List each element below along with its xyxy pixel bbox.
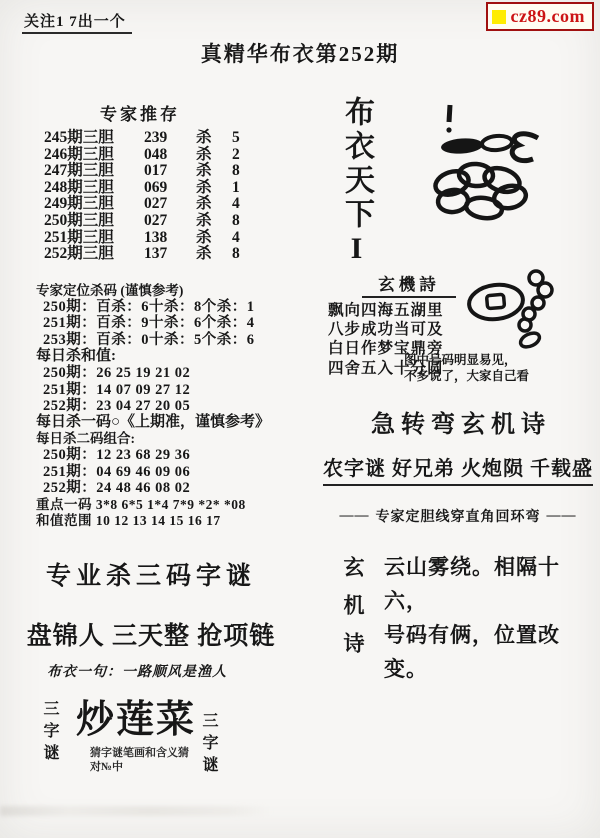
kill-one-note: 每日杀一码○《上期准，谨慎参考》: [36, 414, 326, 431]
three-word-label-right: 三字谜: [197, 712, 220, 778]
expert-recommend-section: 专家推存 245期三胆 239 杀 5 246期三胆 048 杀 2 247期三…: [38, 100, 300, 263]
key-code-line: 重点一码 3*8 6*5 1*4 7*9 *2* *08: [36, 497, 326, 513]
top-attention-note: 关注1 7出一个: [22, 10, 132, 34]
expert-dash-note: —— 专家定胆线穿直角回环弯 ——: [320, 506, 596, 526]
expert-recommend-title: 专家推存: [100, 100, 300, 125]
row-kill: 杀: [196, 213, 232, 230]
three-word-riddle-text: 炒莲菜: [76, 688, 196, 743]
row-kill: 杀: [196, 246, 232, 263]
table-row: 245期三胆 239 杀 5: [38, 130, 300, 147]
row-code: 069: [144, 180, 196, 197]
table-row: 251期三胆 138 杀 4: [38, 230, 300, 247]
row-code: 138: [144, 230, 196, 247]
row-period: 247期三胆: [44, 163, 144, 180]
row-kill: 杀: [196, 147, 232, 164]
row-code: 027: [144, 196, 196, 213]
xuanji2-vertical-label: 玄机诗: [338, 556, 368, 670]
table-row: 247期三胆 017 杀 8: [38, 163, 300, 180]
xuanji2-line2: 号码有俩，位置改变。: [384, 618, 600, 686]
sum-range-line: 和值范围 10 12 13 14 15 16 17: [36, 513, 326, 529]
row-period: 245期三胆: [44, 130, 144, 147]
kill-three-riddle-title: 专业杀三码字谜: [0, 556, 302, 592]
row-kill-num: 4: [232, 230, 240, 247]
kill-three-riddle-answer: 盘锦人 三天整 抢项链: [0, 616, 302, 652]
kill-position-title: 专家定位杀码 (谨慎参考): [36, 283, 326, 299]
row-kill-num: 4: [232, 196, 240, 213]
kill-two-line: 251期：04 69 46 09 06: [36, 464, 326, 480]
dash-left: ——: [340, 508, 370, 524]
row-kill: 杀: [196, 230, 232, 247]
kill-position-line: 253期：百杀：0十杀：5个杀：6: [36, 332, 326, 348]
kill-two-line: 250期：12 23 68 29 36: [36, 447, 326, 463]
table-row: 250期三胆 027 杀 8: [38, 213, 300, 230]
site-watermark-label: cz89.com: [511, 6, 585, 27]
table-row: 252期三胆 137 杀 8: [38, 246, 300, 263]
row-period: 251期三胆: [44, 230, 144, 247]
xuanji2-line1: 云山雾绕。相隔十六，: [384, 550, 600, 618]
row-kill-num: 5: [232, 130, 240, 147]
sharp-turn-riddle-text: 农字谜 好兄弟 火炮陨 千载盛: [323, 452, 593, 486]
row-kill: 杀: [196, 163, 232, 180]
row-kill: 杀: [196, 130, 232, 147]
row-kill-num: 2: [232, 147, 240, 164]
sharp-turn-riddle: 农字谜 好兄弟 火炮陨 千载盛: [320, 452, 596, 486]
xuanji2-poem: 云山雾绕。相隔十六， 号码有俩，位置改变。: [384, 550, 600, 686]
site-watermark-link[interactable]: cz89.com: [486, 2, 594, 31]
row-code: 137: [144, 246, 196, 263]
table-row: 246期三胆 048 杀 2: [38, 147, 300, 164]
buyi-tianxia-vertical-title: 布衣天下I: [334, 96, 378, 269]
kill-position-line: 250期：百杀：6十杀：8个杀：1: [36, 299, 326, 315]
lottery-sheet-page: 关注1 7出一个 cz89.com 真精华布衣第252期 专家推存 245期三胆…: [0, 0, 600, 838]
kill-codes-section: 专家定位杀码 (谨慎参考) 250期：百杀：6十杀：8个杀：1 251期：百杀：…: [36, 283, 326, 529]
xuanji-poem-title: 玄機詩: [362, 271, 456, 298]
row-kill-num: 8: [232, 163, 240, 180]
row-code: 027: [144, 213, 196, 230]
kill-two-title: 每日杀二码组合:: [36, 431, 326, 447]
kill-two-line: 252期：24 48 46 08 02: [36, 480, 326, 496]
row-kill: 杀: [196, 180, 232, 197]
coin-sketch-drawing: [462, 266, 566, 352]
circle-sketch-drawing: [400, 92, 560, 232]
scan-smudge: [0, 806, 272, 816]
row-period: 250期三胆: [44, 213, 144, 230]
kill-sum-line: 251期：14 07 09 27 12: [36, 382, 326, 398]
row-code: 239: [144, 130, 196, 147]
row-kill-num: 8: [232, 246, 240, 263]
row-kill-num: 8: [232, 213, 240, 230]
table-row: 248期三胆 069 杀 1: [38, 180, 300, 197]
kill-position-line: 251期：百杀：9十杀：6个杀：4: [36, 315, 326, 331]
kill-sum-line: 252期：23 04 27 20 05: [36, 398, 326, 414]
row-kill-num: 1: [232, 180, 240, 197]
row-code: 017: [144, 163, 196, 180]
sharp-turn-title: 急转弯玄机诗: [330, 404, 592, 439]
kill-sum-line: 250期：26 25 19 21 02: [36, 365, 326, 381]
dash-right: ——: [547, 508, 577, 524]
row-period: 248期三胆: [44, 180, 144, 197]
row-period: 252期三胆: [44, 246, 144, 263]
row-period: 246期三胆: [44, 147, 144, 164]
table-row: 249期三胆 027 杀 4: [38, 196, 300, 213]
figure-note-line2: 不多说了，大家自己看: [404, 368, 529, 384]
three-word-label-left: 三字谜: [38, 700, 61, 766]
yellow-square-icon: [492, 10, 506, 24]
figure-note: 图中号码明显易见， 不多说了，大家自己看: [404, 352, 529, 384]
row-code: 048: [144, 147, 196, 164]
page-title: 真精华布衣第252期: [0, 38, 600, 68]
kill-sum-title: 每日杀和值:: [36, 348, 326, 365]
buyi-sentence: 布衣一句：一路顺风是渔人: [47, 661, 302, 681]
figure-note-line1: 图中号码明显易见，: [404, 352, 529, 368]
row-kill: 杀: [196, 196, 232, 213]
dash-note-text: 专家定胆线穿直角回环弯: [376, 506, 541, 526]
three-word-note-line2: 对№中: [90, 758, 123, 774]
kill-three-riddle-section: 专业杀三码字谜 盘锦人 三天整 抢项链 布衣一句：一路顺风是渔人: [0, 556, 302, 681]
row-period: 249期三胆: [44, 196, 144, 213]
